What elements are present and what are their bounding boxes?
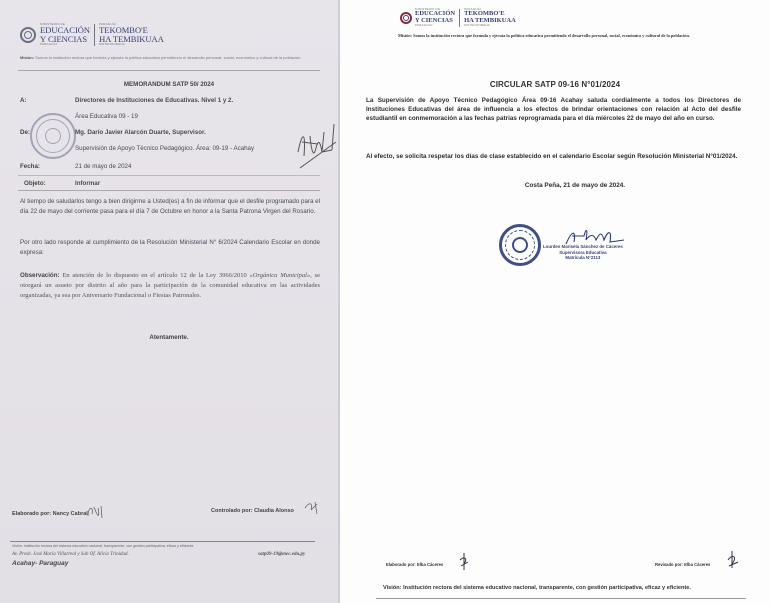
contact-email: satp09-19@mec.edu.py — [258, 552, 305, 557]
preparer-initials — [458, 552, 470, 572]
circular-document: MINISTERIO DE EDUCACIÓN Y CIENCIAS PARAG… — [340, 0, 770, 603]
to-value: Directores de Instituciones de Educativa… — [75, 97, 233, 104]
ministry-seal-icon — [400, 12, 412, 24]
subject-divider — [18, 190, 320, 191]
footer-divider — [10, 541, 315, 542]
controlled-by: Controlado por: Claudia Alonso — [211, 508, 294, 514]
logo-divider — [459, 9, 460, 27]
from-department: Supervisión de Apoyo Técnico Pedagógico.… — [75, 145, 254, 152]
circular-title: CIRCULAR SATP 09-16 N°01/2024 — [340, 80, 770, 89]
vision-statement: Visión: Institución rectora del sistema … — [12, 544, 194, 548]
signature-block: Lourdes Marisela Sánchez de Cáceres Supe… — [543, 244, 623, 261]
city: Acahay- Paraguay — [12, 560, 68, 567]
place-and-date: Costa Peña, 21 de mayo de 2024. — [340, 182, 770, 189]
footer-divider — [376, 598, 746, 599]
to-area: Área Educativa 09 - 19 — [75, 113, 138, 120]
ministry-logo: MINISTERIO DE EDUCACIÓN Y CIENCIAS PARAG… — [20, 23, 164, 46]
prepared-by: Elaborado por: Nancy Cabral — [12, 511, 88, 517]
fields-divider — [18, 175, 320, 176]
from-value: Mg. Darío Javier Alarcón Duarte, Supervi… — [75, 129, 206, 136]
logo-divider — [94, 24, 95, 46]
to-label: A: — [20, 97, 27, 104]
from-label: De: — [20, 129, 30, 136]
memo-title: MEMORANDUM SATP 50/ 2024 — [0, 81, 338, 88]
reviewer-initials — [726, 550, 740, 572]
signatory-name: Lourdes Marisela Sánchez de Cáceres — [543, 244, 623, 250]
observation-paragraph: Observación: En atención de lo dispuesto… — [20, 271, 320, 300]
closing-text: Atentamente. — [0, 334, 338, 341]
body-paragraph-1: Al tiempo de saludarlos tengo a bien dir… — [20, 197, 320, 216]
subject-value: Informar — [75, 180, 100, 187]
ministry-seal-icon — [20, 27, 36, 43]
ministry-country: PARAGUAY — [415, 24, 455, 27]
header-divider — [18, 70, 320, 71]
date-label: Fecha: — [20, 163, 40, 170]
ministry-logo: MINISTERIO DE EDUCACIÓN Y CIENCIAS PARAG… — [400, 8, 516, 27]
body-paragraph-2: Por otro lado responde al cumplimiento d… — [20, 238, 320, 257]
controller-initials — [303, 500, 323, 516]
preparer-initials — [86, 504, 108, 520]
guarani-sub: MOTENONDEHA — [464, 24, 516, 27]
mission-statement: Misión: Somos la institución rectora que… — [20, 55, 320, 60]
official-stamp — [499, 224, 541, 266]
signatory-registration: Matrícula N°2113 — [543, 255, 623, 261]
subject-label: Objeto: — [24, 180, 46, 187]
mission-statement: Misión: Somos la institución rectora que… — [398, 33, 728, 39]
body-paragraph-2: Al efecto, se solicita respetar los días… — [366, 152, 741, 161]
ministry-country: PARAGUAY — [40, 43, 90, 46]
supervisor-signature — [292, 122, 338, 172]
prepared-by: Elaborado por: Elba Cáceres — [386, 562, 443, 567]
address: Av. Presb. José María Villarreal y Sub O… — [12, 552, 129, 557]
reviewed-by: Revisado por: Elba Cáceres — [655, 562, 710, 567]
body-paragraph-1: La Supervisión de Apoyo Técnico Pedagógi… — [366, 96, 741, 123]
date-value: 21 de mayo de 2024 — [75, 163, 131, 170]
memorandum-document: MINISTERIO DE EDUCACIÓN Y CIENCIAS PARAG… — [0, 0, 338, 603]
official-stamp — [30, 113, 76, 159]
vision-statement: Visión: Institución rectora del sistema … — [383, 585, 691, 591]
guarani-sub: MOTENONDEHA — [99, 43, 164, 46]
